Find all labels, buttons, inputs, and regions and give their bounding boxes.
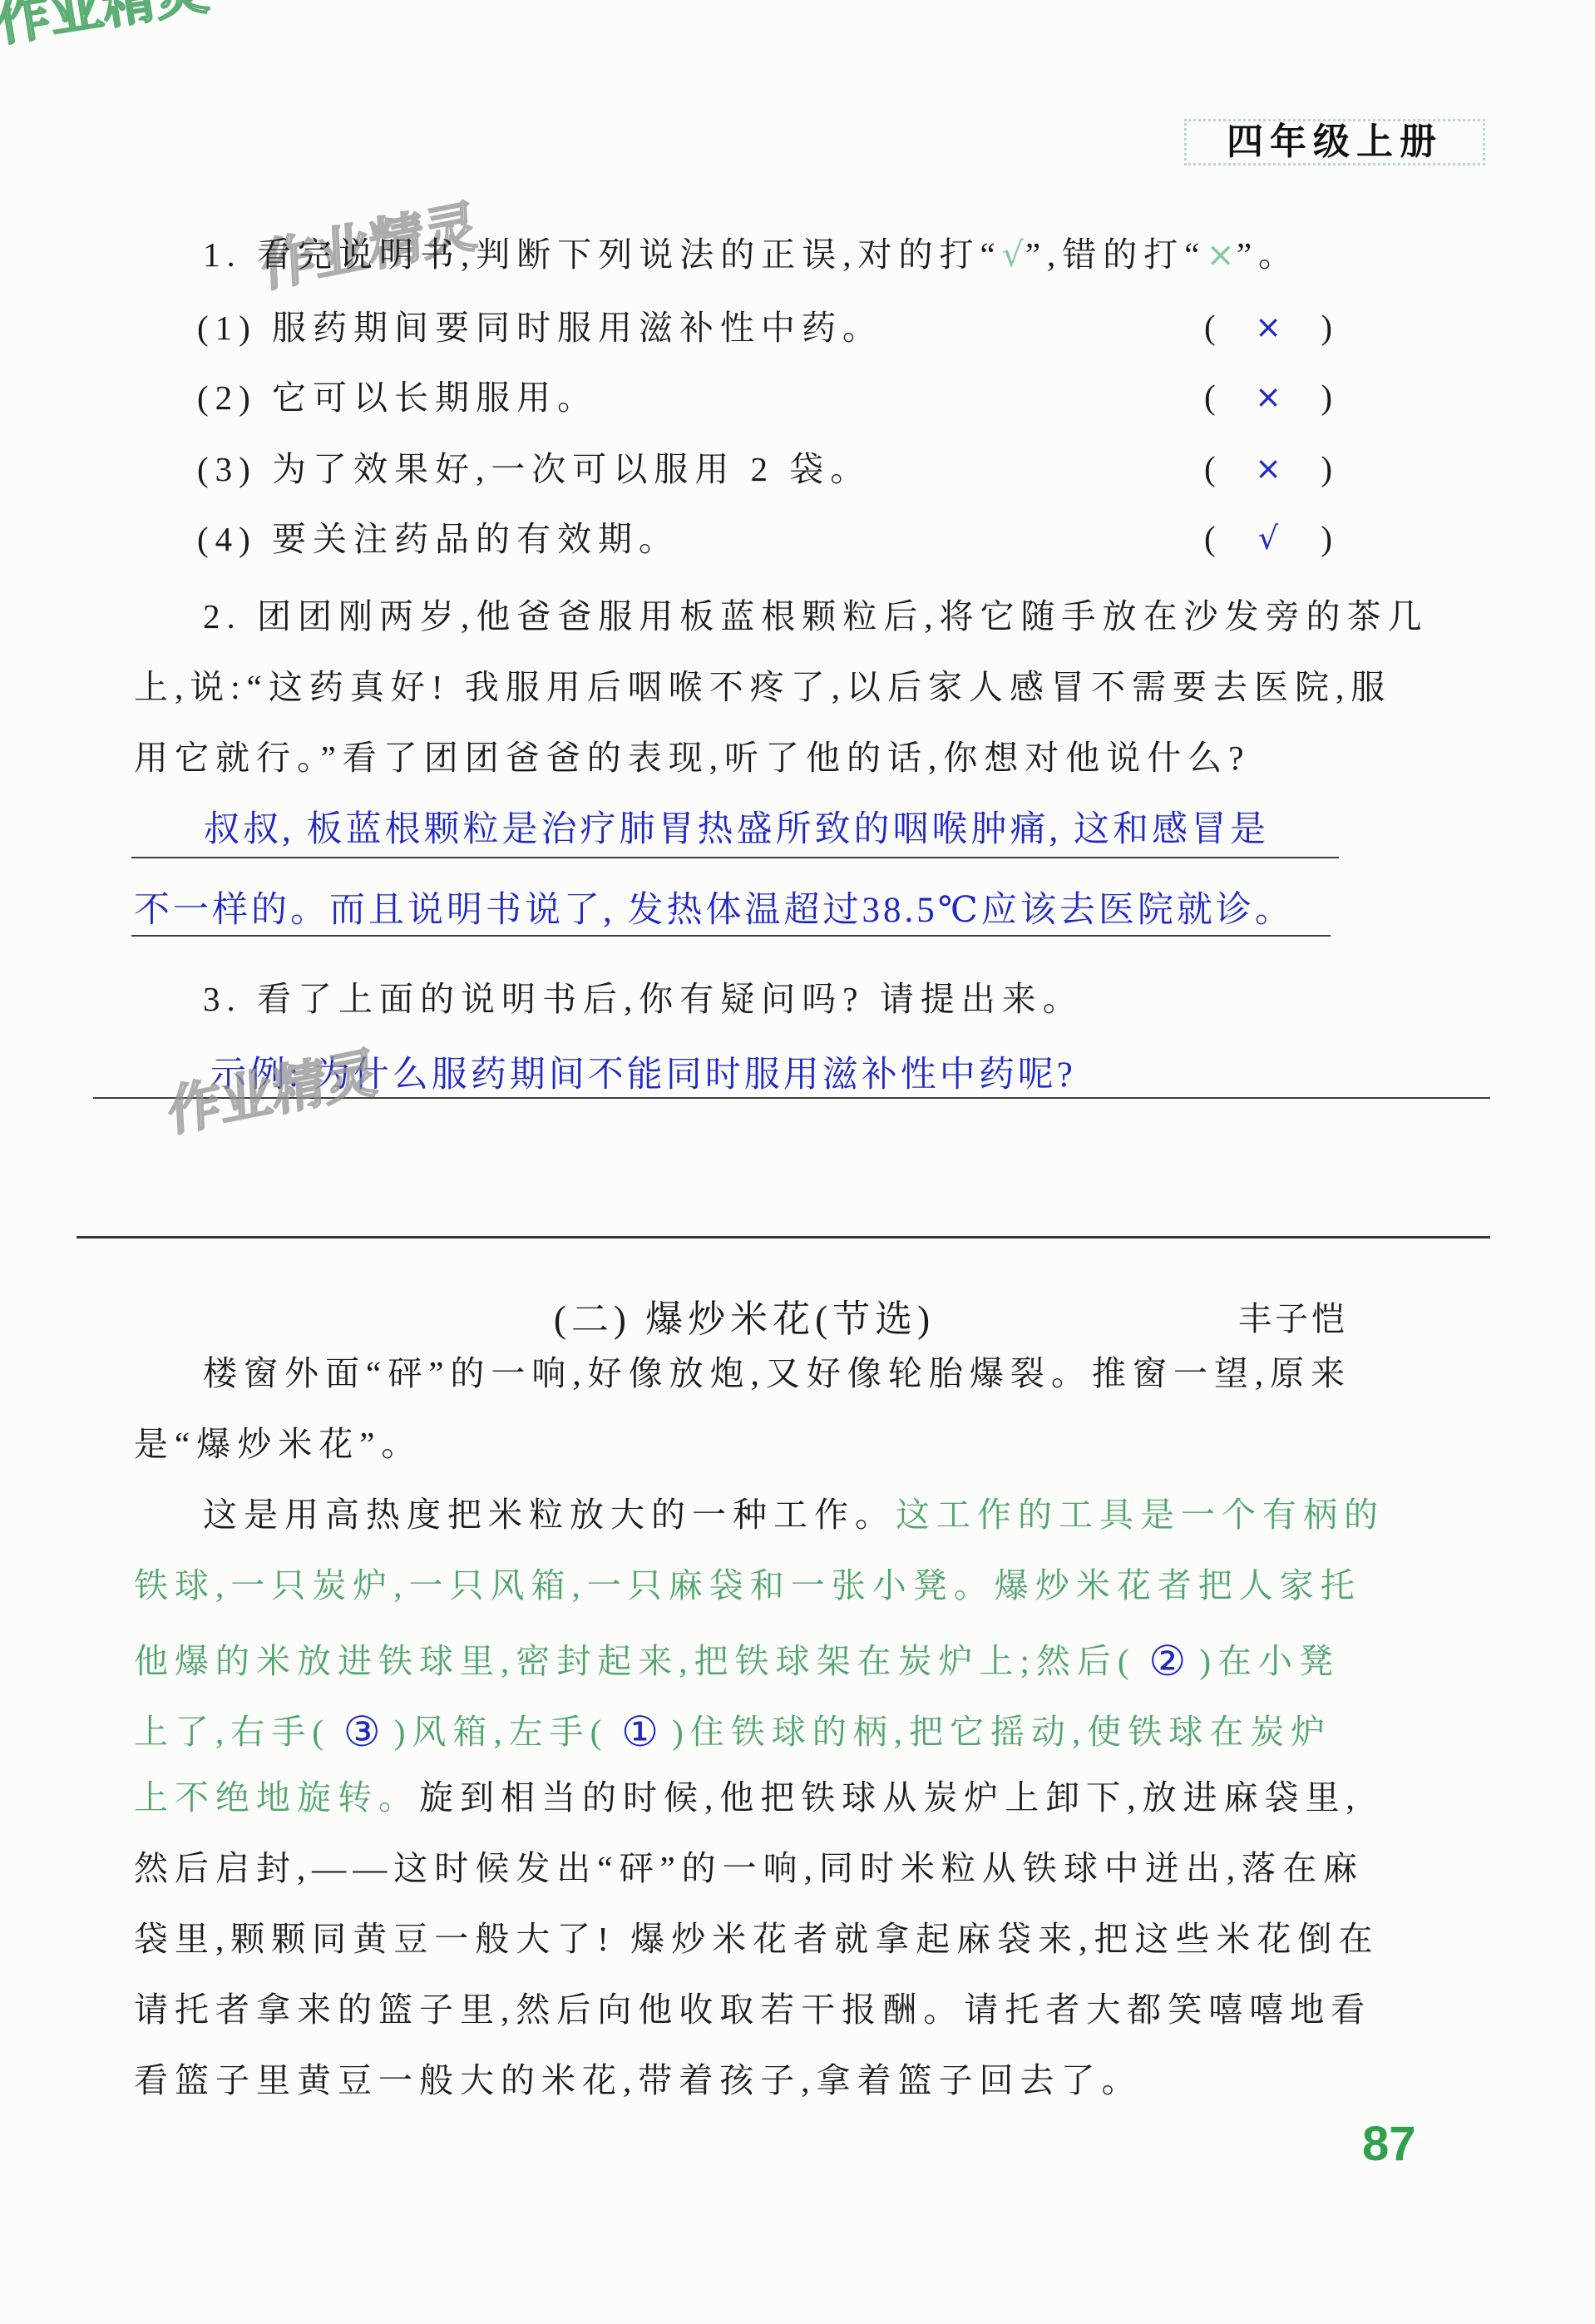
- passage-author: 丰子恺: [1238, 1293, 1348, 1340]
- q2-line-1: 2. 团团刚两岁,他爸爸服用板蓝根颗粒后,将它随手放在沙发旁的茶几: [203, 596, 1429, 638]
- handwritten-cross-mark: ×: [1255, 309, 1281, 349]
- handwritten-cross-mark: ×: [1255, 450, 1281, 490]
- answer-underline-2: [131, 935, 1331, 937]
- q1-stem-text-1: 1. 看完说明书,判断下列说法的正误,对的打“: [203, 235, 1002, 274]
- p2-l3-green-b: )在小凳: [1199, 1642, 1340, 1680]
- passage-title: (二) 爆炒米花(节选): [108, 1288, 1380, 1342]
- p2-l4-green-c: )住铁球的柄,把它摇动,使铁球在炭炉: [672, 1713, 1331, 1751]
- passage-p2-line-4: 上了,右手(③)风箱,左手(①)住铁球的柄,把它摇动,使铁球在炭炉: [134, 1706, 1331, 1758]
- handwritten-check-mark: √: [1258, 520, 1278, 560]
- tf-answer-2: (×): [1204, 377, 1332, 417]
- circled-answer-2: ②: [1149, 1637, 1187, 1685]
- passage-p2-line-2: 铁球,一只炭炉,一只风箱,一只麻袋和一张小凳。爆炒米花者把人家托: [134, 1565, 1361, 1607]
- p2-l5-black: 旋到相当的时候,他把铁球从炭炉上卸下,放进麻袋里,: [419, 1778, 1361, 1817]
- paren-close: ): [1321, 518, 1332, 558]
- p2-l1-green: 这工作的工具是一个有柄的: [896, 1496, 1385, 1534]
- passage-p2-line-1: 这是用高热度把米粒放大的一种工作。这工作的工具是一个有柄的: [203, 1494, 1385, 1536]
- grade-label-box: 四年级上册: [1184, 119, 1485, 166]
- tf-answer-3: (×): [1204, 448, 1332, 488]
- q2-line-2: 上,说:“这药真好! 我服用后咽喉不疼了,以后家人感冒不需要去医院,服: [134, 666, 1391, 709]
- tf-item-2: (2) 它可以长期服用。: [197, 377, 598, 419]
- passage-p2-line-6: 然后启封,——这时候发出“砰”的一响,同时米粒从铁球中迸出,落在麻: [134, 1847, 1364, 1890]
- p2-l5-green: 上不绝地旋转。: [134, 1778, 419, 1817]
- tf-item-3: (3) 为了效果好,一次可以服用 2 袋。: [197, 448, 871, 491]
- q1-stem-text-3: ”。: [1237, 235, 1299, 274]
- passage-p2-line-3: 他爆的米放进铁球里,密封起来,把铁球架在炭炉上;然后(②)在小凳: [134, 1635, 1340, 1688]
- passage-p1-line-2: 是“爆炒米花”。: [134, 1423, 422, 1466]
- passage-p2-line-8: 请托者拿来的篮子里,然后向他收取若干报酬。请托者大都笑嘻嘻地看: [134, 1989, 1371, 2031]
- passage-p1-line-1: 楼窗外面“砰”的一响,好像放炮,又好像轮胎爆裂。推窗一望,原来: [203, 1352, 1351, 1395]
- grade-label: 四年级上册: [1187, 111, 1483, 165]
- passage-p2-line-7: 袋里,颗颗同黄豆一般大了! 爆炒米花者就拿起麻袋来,把这些米花倒在: [134, 1918, 1379, 1961]
- page-number: 87: [1362, 2116, 1416, 2172]
- p2-l4-green-b: )风箱,左手(: [394, 1713, 609, 1751]
- q1-stem-text-2: ”,错的打“: [1025, 235, 1207, 274]
- section-divider: [77, 1236, 1490, 1239]
- answer-underline-1: [131, 857, 1339, 858]
- tf-item-1: (1) 服药期间要同时服用滋补性中药。: [197, 307, 883, 349]
- paren-open: (: [1204, 448, 1216, 488]
- p2-l4-green-a: 上了,右手(: [134, 1713, 330, 1751]
- q2-answer-line-1: 叔叔, 板蓝根颗粒是治疗肺胃热盛所致的咽喉肿痛, 这和感冒是: [204, 801, 1269, 852]
- p2-l1-black: 这是用高热度把米粒放大的一种工作。: [203, 1496, 896, 1534]
- tf-answer-1: (×): [1204, 307, 1332, 347]
- tf-item-4: (4) 要关注药品的有效期。: [197, 518, 679, 561]
- tf-answer-4: (√): [1204, 518, 1332, 558]
- circled-answer-1: ①: [621, 1708, 659, 1756]
- q1-check-glyph: √: [1002, 235, 1025, 274]
- q2-line-3: 用它就行。”看了团团爸爸的表现,听了他的话,你想对他说什么?: [134, 737, 1250, 779]
- workbook-page: 作业精灵 四年级上册 作业精灵 1. 看完说明书,判断下列说法的正误,对的打“√…: [0, 0, 1595, 2324]
- paren-open: (: [1204, 518, 1216, 558]
- handwritten-cross-mark: ×: [1255, 378, 1281, 418]
- paren-close: ): [1321, 377, 1332, 417]
- paren-close: ): [1321, 307, 1332, 347]
- q2-answer-line-2: 不一样的。而且说明书说了, 发热体温超过38.5℃应该去医院就诊。: [134, 882, 1294, 932]
- q1-stem: 1. 看完说明书,判断下列说法的正误,对的打“√”,错的打“×”。: [203, 234, 1299, 276]
- circled-answer-3: ③: [343, 1708, 381, 1756]
- passage-p2-line-5: 上不绝地旋转。旋到相当的时候,他把铁球从炭炉上卸下,放进麻袋里,: [134, 1777, 1361, 1819]
- paren-open: (: [1204, 307, 1216, 347]
- paren-open: (: [1204, 377, 1216, 417]
- watermark-green-corner: 作业精灵: [0, 0, 213, 56]
- q1-cross-glyph: ×: [1207, 235, 1237, 274]
- passage-p2-line-9: 看篮子里黄豆一般大的米花,带着孩子,拿着篮子回去了。: [134, 2059, 1143, 2102]
- paren-close: ): [1321, 448, 1332, 488]
- q3-stem: 3. 看了上面的说明书后,你有疑问吗? 请提出来。: [203, 978, 1084, 1021]
- p2-l3-green-a: 他爆的米放进铁球里,密封起来,把铁球架在炭炉上;然后(: [134, 1642, 1136, 1680]
